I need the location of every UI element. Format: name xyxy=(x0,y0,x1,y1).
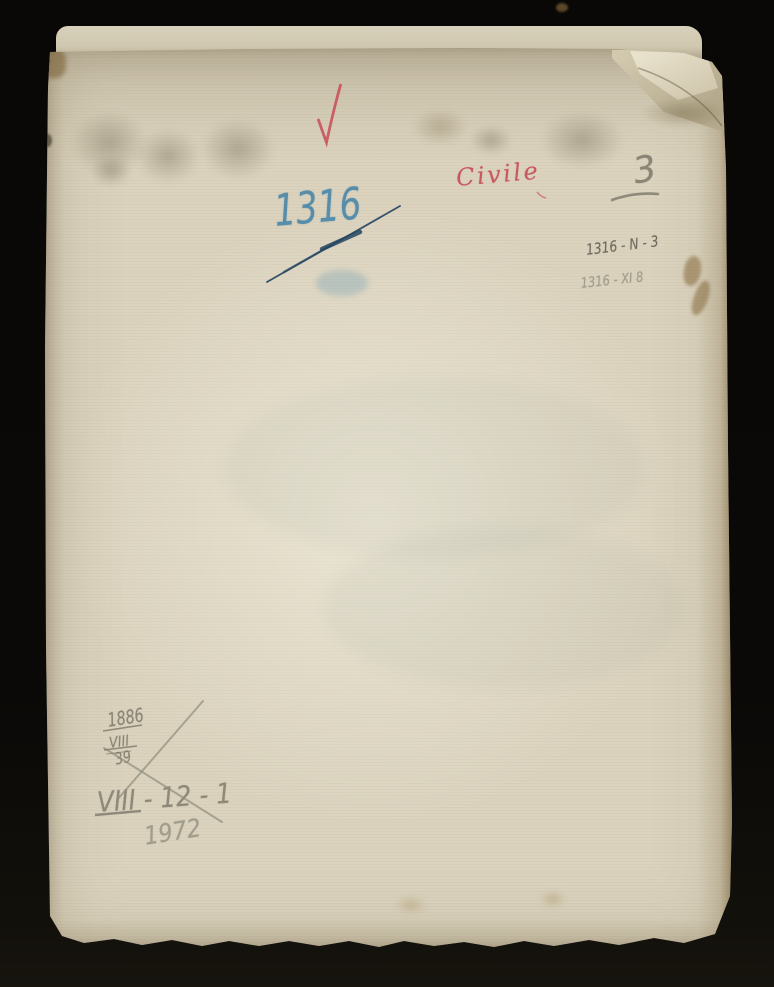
old-inventory-year: 1886 xyxy=(106,704,145,731)
scanner-background: 1316 Civile 3 1316 - N - 3 1316 - XI 8 1… xyxy=(0,0,774,987)
reference-annotation-2: 1316 - XI 8 xyxy=(580,269,644,291)
current-inventory-annotation: VIII - 12 - 1 xyxy=(96,777,233,819)
old-inventory-number: 39 xyxy=(113,747,133,769)
inventory-year-annotation: 1972 xyxy=(142,813,203,851)
category-annotation-red: Civile xyxy=(455,157,541,192)
item-number-annotation: 3 xyxy=(630,148,660,192)
year-annotation-blue: 1316 xyxy=(272,178,363,236)
reference-annotation-1: 1316 - N - 3 xyxy=(585,232,660,259)
handwritten-annotations: 1316 Civile 3 1316 - N - 3 1316 - XI 8 1… xyxy=(0,0,774,987)
